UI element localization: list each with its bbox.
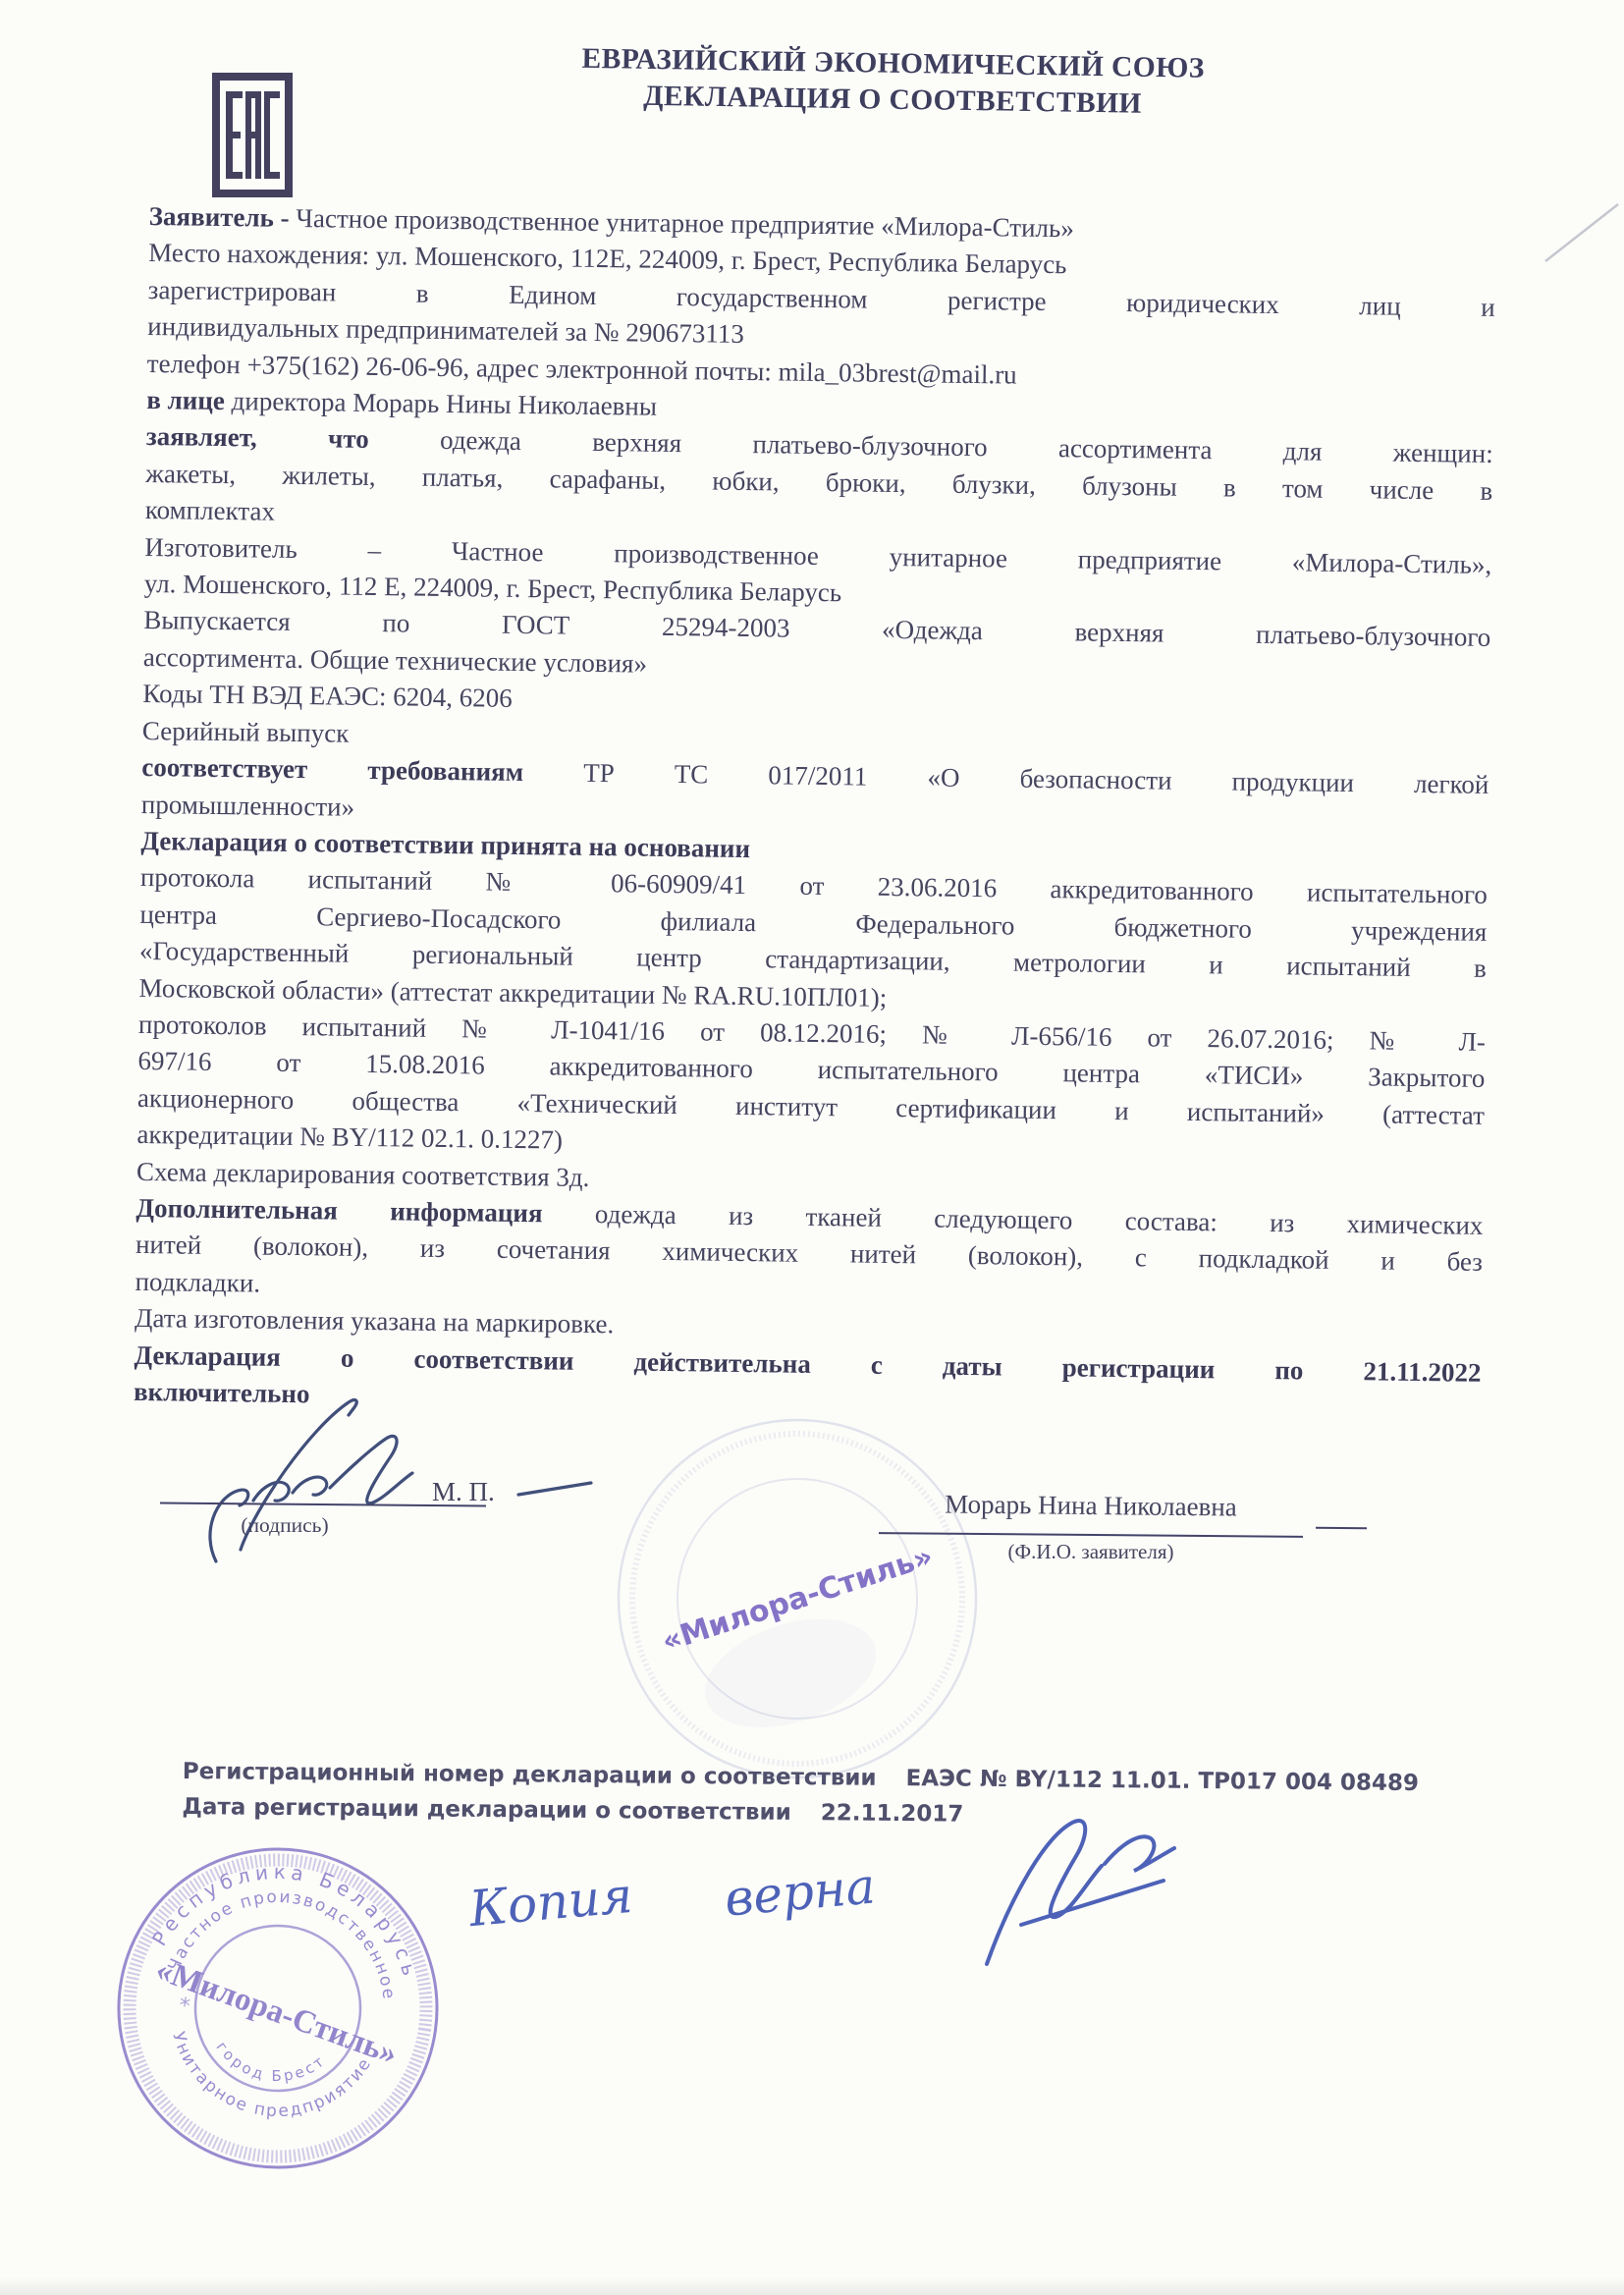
body-text: Московской области» (аттестат аккредитац… xyxy=(138,972,887,1011)
registration-block: Регистрационный номер декларации о соотв… xyxy=(182,1754,1419,1836)
registration-number-label: Регистрационный номер декларации о соотв… xyxy=(183,1759,877,1791)
registration-number-value: ЕАЭС № BY/112 11.01. ТР017 004 08489 xyxy=(905,1766,1419,1796)
signature-ink xyxy=(147,1237,619,1601)
body-text: Частное производственное унитарное предп… xyxy=(296,203,1074,243)
signature-caption: (подпись) xyxy=(187,1513,383,1538)
body-text-bold: Дополнительная информация xyxy=(135,1193,595,1229)
short-dash-line xyxy=(1316,1527,1367,1529)
body-text: аккредитации № BY/112 02.1. 0.1227) xyxy=(136,1120,563,1155)
body-text-bold: в лице xyxy=(146,385,232,415)
body-text: Серийный выпуск xyxy=(142,716,350,748)
applicant-name-caption: (Ф.И.О. заявителя) xyxy=(879,1540,1303,1564)
body-text-bold: Заявитель - xyxy=(149,201,297,233)
body-text: комплектах xyxy=(145,495,275,526)
handwriting-copy-word: Копия xyxy=(467,1867,635,1938)
document-title: ЕВРАЗИЙСКИЙ ЭКОНОМИЧЕСКИЙ СОЮЗ ДЕКЛАРАЦИ… xyxy=(220,35,1566,130)
body-text-bold: Декларация о соответствии принята на осн… xyxy=(140,826,750,863)
body-text: индивидуальных предпринимателей за № 290… xyxy=(147,311,744,349)
body-text: директора Морарь Нины Николаевны xyxy=(231,386,657,421)
stamp-place-label: М. П. xyxy=(432,1477,495,1507)
body-text: Схема декларирования соответствия 3д. xyxy=(136,1156,590,1191)
document-page: ЕВРАЗИЙСКИЙ ЭКОНОМИЧЕСКИЙ СОЮЗ ДЕКЛАРАЦИ… xyxy=(0,0,1624,2295)
body-text: промышленности» xyxy=(141,789,355,821)
applicant-name: Морарь Нина Николаевна xyxy=(879,1489,1303,1524)
stray-pen-mark xyxy=(1538,196,1624,270)
company-round-stamp: Республика Беларусь Частное производстве… xyxy=(101,1831,455,2185)
body-text: ул. Мошенского, 112 Е, 224009, г. Брест,… xyxy=(144,569,842,607)
faint-stamp: «Милора-Стиль» xyxy=(601,1402,994,1795)
body-text-bold: заявляет, что xyxy=(146,421,441,455)
body-text: ТР ТС 017/2011 «О безопасности продукции… xyxy=(583,758,1489,799)
registration-date-label: Дата регистрации декларации о соответств… xyxy=(182,1794,791,1826)
body-text-bold: соответствует требованиям xyxy=(141,752,583,788)
body-text: Коды ТН ВЭД ЕАЭС: 6204, 6206 xyxy=(142,679,513,713)
body-text: ассортимента. Общие технические условия» xyxy=(143,642,647,679)
handwriting-true-word: верна xyxy=(723,1857,878,1927)
handwritten-signature xyxy=(933,1797,1188,1994)
